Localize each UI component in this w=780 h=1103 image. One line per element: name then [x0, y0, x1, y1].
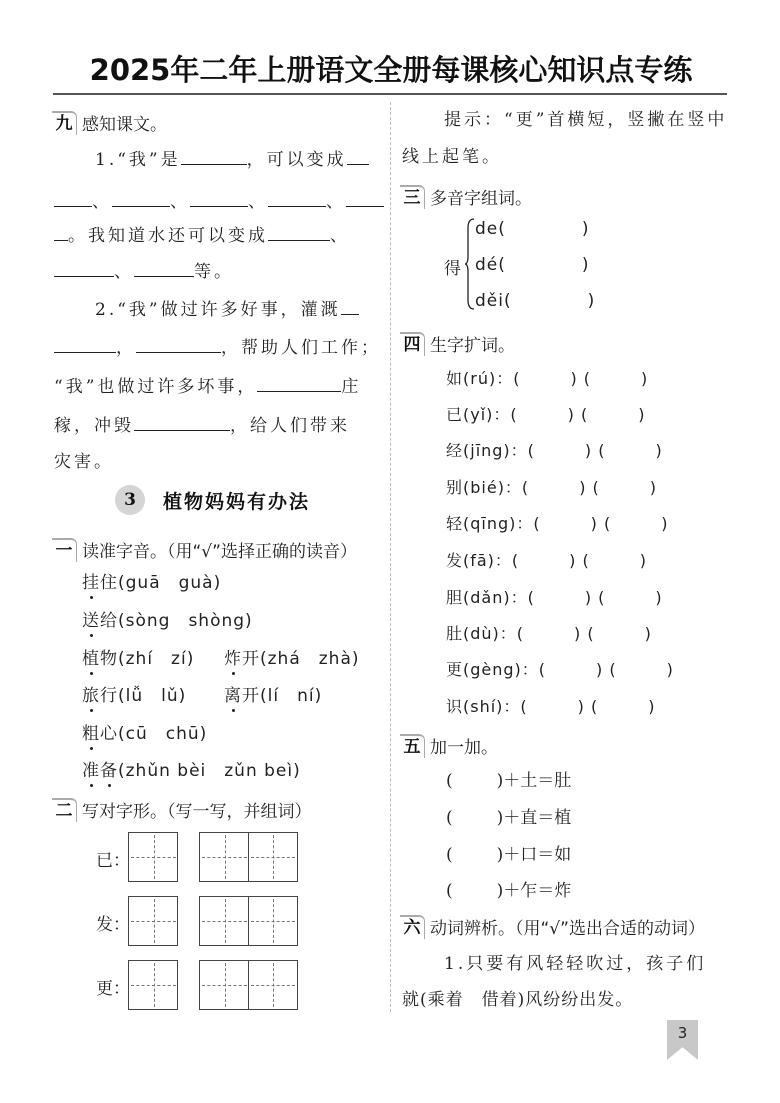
blank[interactable] [54, 222, 68, 241]
paren: ) [582, 255, 590, 275]
section-5-heading: 五 加一加。 [400, 733, 498, 758]
char-pinyin: 更(gèng)：( [446, 660, 546, 679]
reading-item: 送给(sòng shòng) [82, 609, 253, 633]
writing-grid-double[interactable] [199, 960, 298, 1010]
expand-row: 肚(dù)：() () [446, 621, 652, 644]
blank[interactable] [136, 334, 221, 353]
paren: ) ( [585, 588, 606, 607]
hint-line2: 线上起笔。 [402, 145, 502, 169]
section-badge: 四 [400, 332, 425, 356]
blank[interactable] [346, 188, 384, 207]
expand-row: 轻(qīng)：() () [446, 511, 668, 534]
q2-line5: 灾害。 [54, 450, 114, 474]
expand-row: 别(bié)：() () [446, 475, 657, 498]
char: 住 [100, 573, 118, 593]
paren: ) [582, 219, 590, 239]
expand-row: 更(gèng)：() () [446, 657, 674, 680]
sep: 、 [170, 192, 190, 212]
addition-row: ()＋乍＝炸 [446, 876, 571, 901]
grid-cell[interactable] [248, 833, 297, 881]
paren: ) [655, 588, 662, 607]
blank[interactable] [341, 296, 359, 315]
reading-item: 挂住(guā guà) [82, 571, 221, 595]
section-badge: 一 [52, 538, 77, 562]
reading-row: dé() [475, 255, 590, 275]
paren: ) [645, 624, 652, 643]
section-badge: 三 [400, 185, 425, 209]
dotted-char: 离 [224, 686, 242, 706]
pinyin-options[interactable]: (cū chū) [118, 724, 207, 744]
q1-line1: 1.只要有风轻轻吹过，孩子们 [444, 952, 706, 976]
writing-grid-double[interactable] [199, 896, 298, 946]
paren: ) [650, 478, 657, 497]
section-badge: 九 [52, 111, 77, 135]
paren: ) [661, 514, 668, 533]
polyphone-char: 得 [444, 254, 461, 279]
paren: ( [446, 845, 453, 865]
reading-label: de( [475, 219, 506, 239]
q1-line2: 、、、、 [54, 188, 384, 214]
q1-line1: 1.“我”是，可以变成 [95, 146, 369, 172]
blank[interactable] [54, 188, 92, 207]
paren: ) ( [570, 369, 591, 388]
q1-line3: 。我知道水还可以变成、 [54, 222, 350, 248]
equation: )＋土＝肚 [497, 771, 572, 791]
pinyin-options[interactable]: (lǚ lǔ) [118, 686, 186, 706]
paren: ) ( [579, 478, 600, 497]
writing-grid-single[interactable] [128, 960, 178, 1010]
char-pinyin: 轻(qīng)：( [446, 514, 541, 533]
reading-item: 粗心(cū chū) [82, 722, 207, 746]
paren: ) ( [568, 405, 589, 424]
paren: ) ( [569, 551, 590, 570]
paren: ) [667, 660, 674, 679]
char: 物 [100, 649, 118, 669]
reading-item: 准备(zhǔn bèi zǔn beì) [82, 759, 301, 783]
pinyin-options[interactable]: (lí ní) [260, 686, 322, 706]
text: ，可以变成 [247, 150, 347, 170]
text: 庄 [341, 377, 361, 397]
section-4-heading: 四 生字扩词。 [400, 331, 515, 356]
dotted-char: 送 [82, 611, 100, 631]
section-title: 读准字音。（用“√”选择正确的读音） [82, 537, 357, 562]
paren: ( [446, 771, 453, 791]
paren: ) [640, 551, 647, 570]
addition-row: ()＋直＝植 [446, 803, 571, 828]
writing-grid-single[interactable] [128, 832, 178, 882]
reading-label: děi( [475, 291, 512, 311]
grid-cell[interactable] [129, 961, 178, 1009]
section-1-heading: 一 读准字音。（用“√”选择正确的读音） [52, 537, 357, 562]
blank[interactable] [112, 188, 170, 207]
text: 1.“我”是 [95, 150, 181, 170]
title-divider [53, 93, 727, 95]
grid-cell[interactable] [248, 897, 297, 945]
paren: ) ( [591, 514, 612, 533]
equation: )＋直＝植 [497, 808, 572, 828]
text: ，帮助人们工作； [221, 338, 381, 358]
expand-row: 识(shí)：() () [446, 694, 655, 717]
char-pinyin: 识(shí)：( [446, 697, 528, 716]
section-6-heading: 六 动词辨析。（用“√”选出合适的动词） [400, 914, 705, 939]
section-title: 加一加。 [430, 733, 498, 758]
char: 给 [100, 611, 118, 631]
brace-icon [465, 218, 475, 310]
grid-cell[interactable] [200, 961, 249, 1009]
writing-grid-double[interactable] [199, 832, 298, 882]
q2-line2: ，，帮助人们工作； [54, 334, 381, 360]
reading-row: de() [475, 219, 590, 239]
dotted-char: 备 [100, 761, 118, 781]
expand-row: 发(fā)：() () [446, 548, 647, 571]
reading-item: 离开(lí ní) [224, 684, 322, 708]
grid-cell[interactable] [129, 833, 178, 881]
blank[interactable] [190, 188, 248, 207]
text: ， [116, 338, 136, 358]
pinyin-options[interactable]: (zhá zhà) [260, 649, 360, 669]
blank[interactable] [54, 258, 114, 277]
char-label: 发： [96, 910, 130, 935]
paren: ) ( [585, 441, 606, 460]
sep: 、 [114, 262, 134, 282]
blank[interactable] [181, 146, 247, 165]
sep: 、 [248, 192, 268, 212]
q1-line2[interactable]: 就(乘着 借着)风纷纷出发。 [402, 988, 633, 1012]
pinyin-options[interactable]: (zhǔn bèi zǔn beì) [118, 761, 301, 781]
pinyin-options[interactable]: (zhí zí) [118, 649, 194, 669]
section-title: 动词辨析。（用“√”选出合适的动词） [430, 914, 705, 939]
char-pinyin: 如(rú)：( [446, 369, 520, 388]
expand-row: 胆(dǎn)：() () [446, 585, 663, 608]
section-badge: 五 [400, 734, 425, 758]
dotted-char: 旅 [82, 686, 100, 706]
reading-item: 炸开(zhá zhà) [224, 647, 360, 671]
grid-cell[interactable] [200, 833, 249, 881]
dotted-char: 植 [82, 649, 100, 669]
expand-row: 经(jīng)：() () [446, 438, 663, 461]
blank[interactable] [268, 222, 330, 241]
char-pinyin: 经(jīng)：( [446, 441, 535, 460]
section-2-heading: 二 写对字形。（写一写，并组词） [52, 797, 312, 822]
sep: 、 [326, 192, 346, 212]
blank[interactable] [257, 373, 341, 392]
dotted-char: 准 [82, 761, 100, 781]
paren: ) [638, 405, 645, 424]
expand-row: 已(yǐ)：() () [446, 402, 645, 425]
paren: ) [588, 291, 596, 311]
dotted-char: 挂 [82, 573, 100, 593]
section-title: 多音字组词。 [430, 184, 532, 209]
addition-row: ()＋土＝肚 [446, 766, 571, 791]
grid-cell[interactable] [129, 897, 178, 945]
char-pinyin: 别(bié)：( [446, 478, 529, 497]
section-title: 感知课文。 [82, 110, 167, 135]
section-badge: 二 [52, 798, 77, 822]
reading-item: 旅行(lǚ lǔ) [82, 684, 186, 708]
section-9-heading: 九 感知课文。 [52, 110, 167, 135]
paren: ) ( [578, 697, 599, 716]
grid-cell[interactable] [248, 961, 297, 1009]
addition-row: ()＋口＝如 [446, 840, 571, 865]
paren: ) ( [574, 624, 595, 643]
text: “我”也做过许多坏事， [54, 377, 257, 397]
section-title: 写对字形。（写一写，并组词） [82, 797, 312, 822]
dotted-char: 粗 [82, 724, 100, 744]
expand-row: 如(rú)：() () [446, 366, 648, 389]
paren: ) [641, 369, 648, 388]
section-3-heading: 三 多音字组词。 [400, 184, 532, 209]
char-label: 已： [96, 846, 130, 871]
paren: ) [648, 697, 655, 716]
char-label: 更： [96, 974, 130, 999]
q2-line1: 2.“我”做过许多好事，灌溉 [95, 296, 359, 322]
sep: 、 [92, 192, 112, 212]
char-pinyin: 胆(dǎn)：( [446, 588, 535, 607]
page-number: 3 [667, 1024, 698, 1042]
text: 稼，冲毁 [54, 416, 134, 436]
reading-row: děi() [475, 291, 595, 311]
equation: )＋口＝如 [497, 845, 572, 865]
paren: ) ( [596, 660, 617, 679]
char: 开 [242, 649, 260, 669]
text: ，给人们带来 [230, 416, 350, 436]
equation: )＋乍＝炸 [497, 881, 572, 901]
lesson-number: 3 [115, 485, 145, 515]
char: 开 [242, 686, 260, 706]
reading-item: 植物(zhí zí) [82, 647, 194, 671]
char-pinyin: 已(yǐ)：( [446, 405, 518, 424]
section-badge: 六 [400, 915, 425, 939]
text: 、 [330, 226, 350, 246]
pinyin-options[interactable]: (sòng shòng) [118, 611, 253, 631]
dotted-char: 炸 [224, 649, 242, 669]
paren: ( [446, 881, 453, 901]
text: 2.“我”做过许多好事，灌溉 [95, 300, 341, 320]
q2-line3: “我”也做过许多坏事，庄 [54, 373, 361, 399]
column-divider [390, 102, 391, 1012]
blank[interactable] [268, 188, 326, 207]
text: 等。 [194, 262, 234, 282]
writing-grid-single[interactable] [128, 896, 178, 946]
pinyin-options[interactable]: (guā guà) [118, 573, 221, 593]
blank[interactable] [134, 412, 230, 431]
blank[interactable] [347, 146, 369, 165]
paren: ( [446, 808, 453, 828]
reading-label: dé( [475, 255, 506, 275]
blank[interactable] [134, 258, 194, 277]
lesson-heading: 3 植物妈妈有办法 [115, 485, 310, 515]
char-pinyin: 发(fā)：( [446, 551, 519, 570]
char-pinyin: 肚(dù)：( [446, 624, 524, 643]
paren: ) [656, 441, 663, 460]
char: 行 [100, 686, 118, 706]
lesson-title: 植物妈妈有办法 [163, 487, 310, 514]
q1-line4: 、等。 [54, 258, 234, 284]
hint-line1: 提示：“更”首横短，竖撇在竖中 [444, 108, 727, 132]
page-title: 2025年二年上册语文全册每课核心知识点专练 [55, 48, 727, 89]
grid-cell[interactable] [200, 897, 249, 945]
char: 心 [100, 724, 118, 744]
blank[interactable] [54, 334, 116, 353]
section-title: 生字扩词。 [430, 331, 515, 356]
q2-line4: 稼，冲毁，给人们带来 [54, 412, 350, 438]
text: 。我知道水还可以变成 [68, 226, 268, 246]
